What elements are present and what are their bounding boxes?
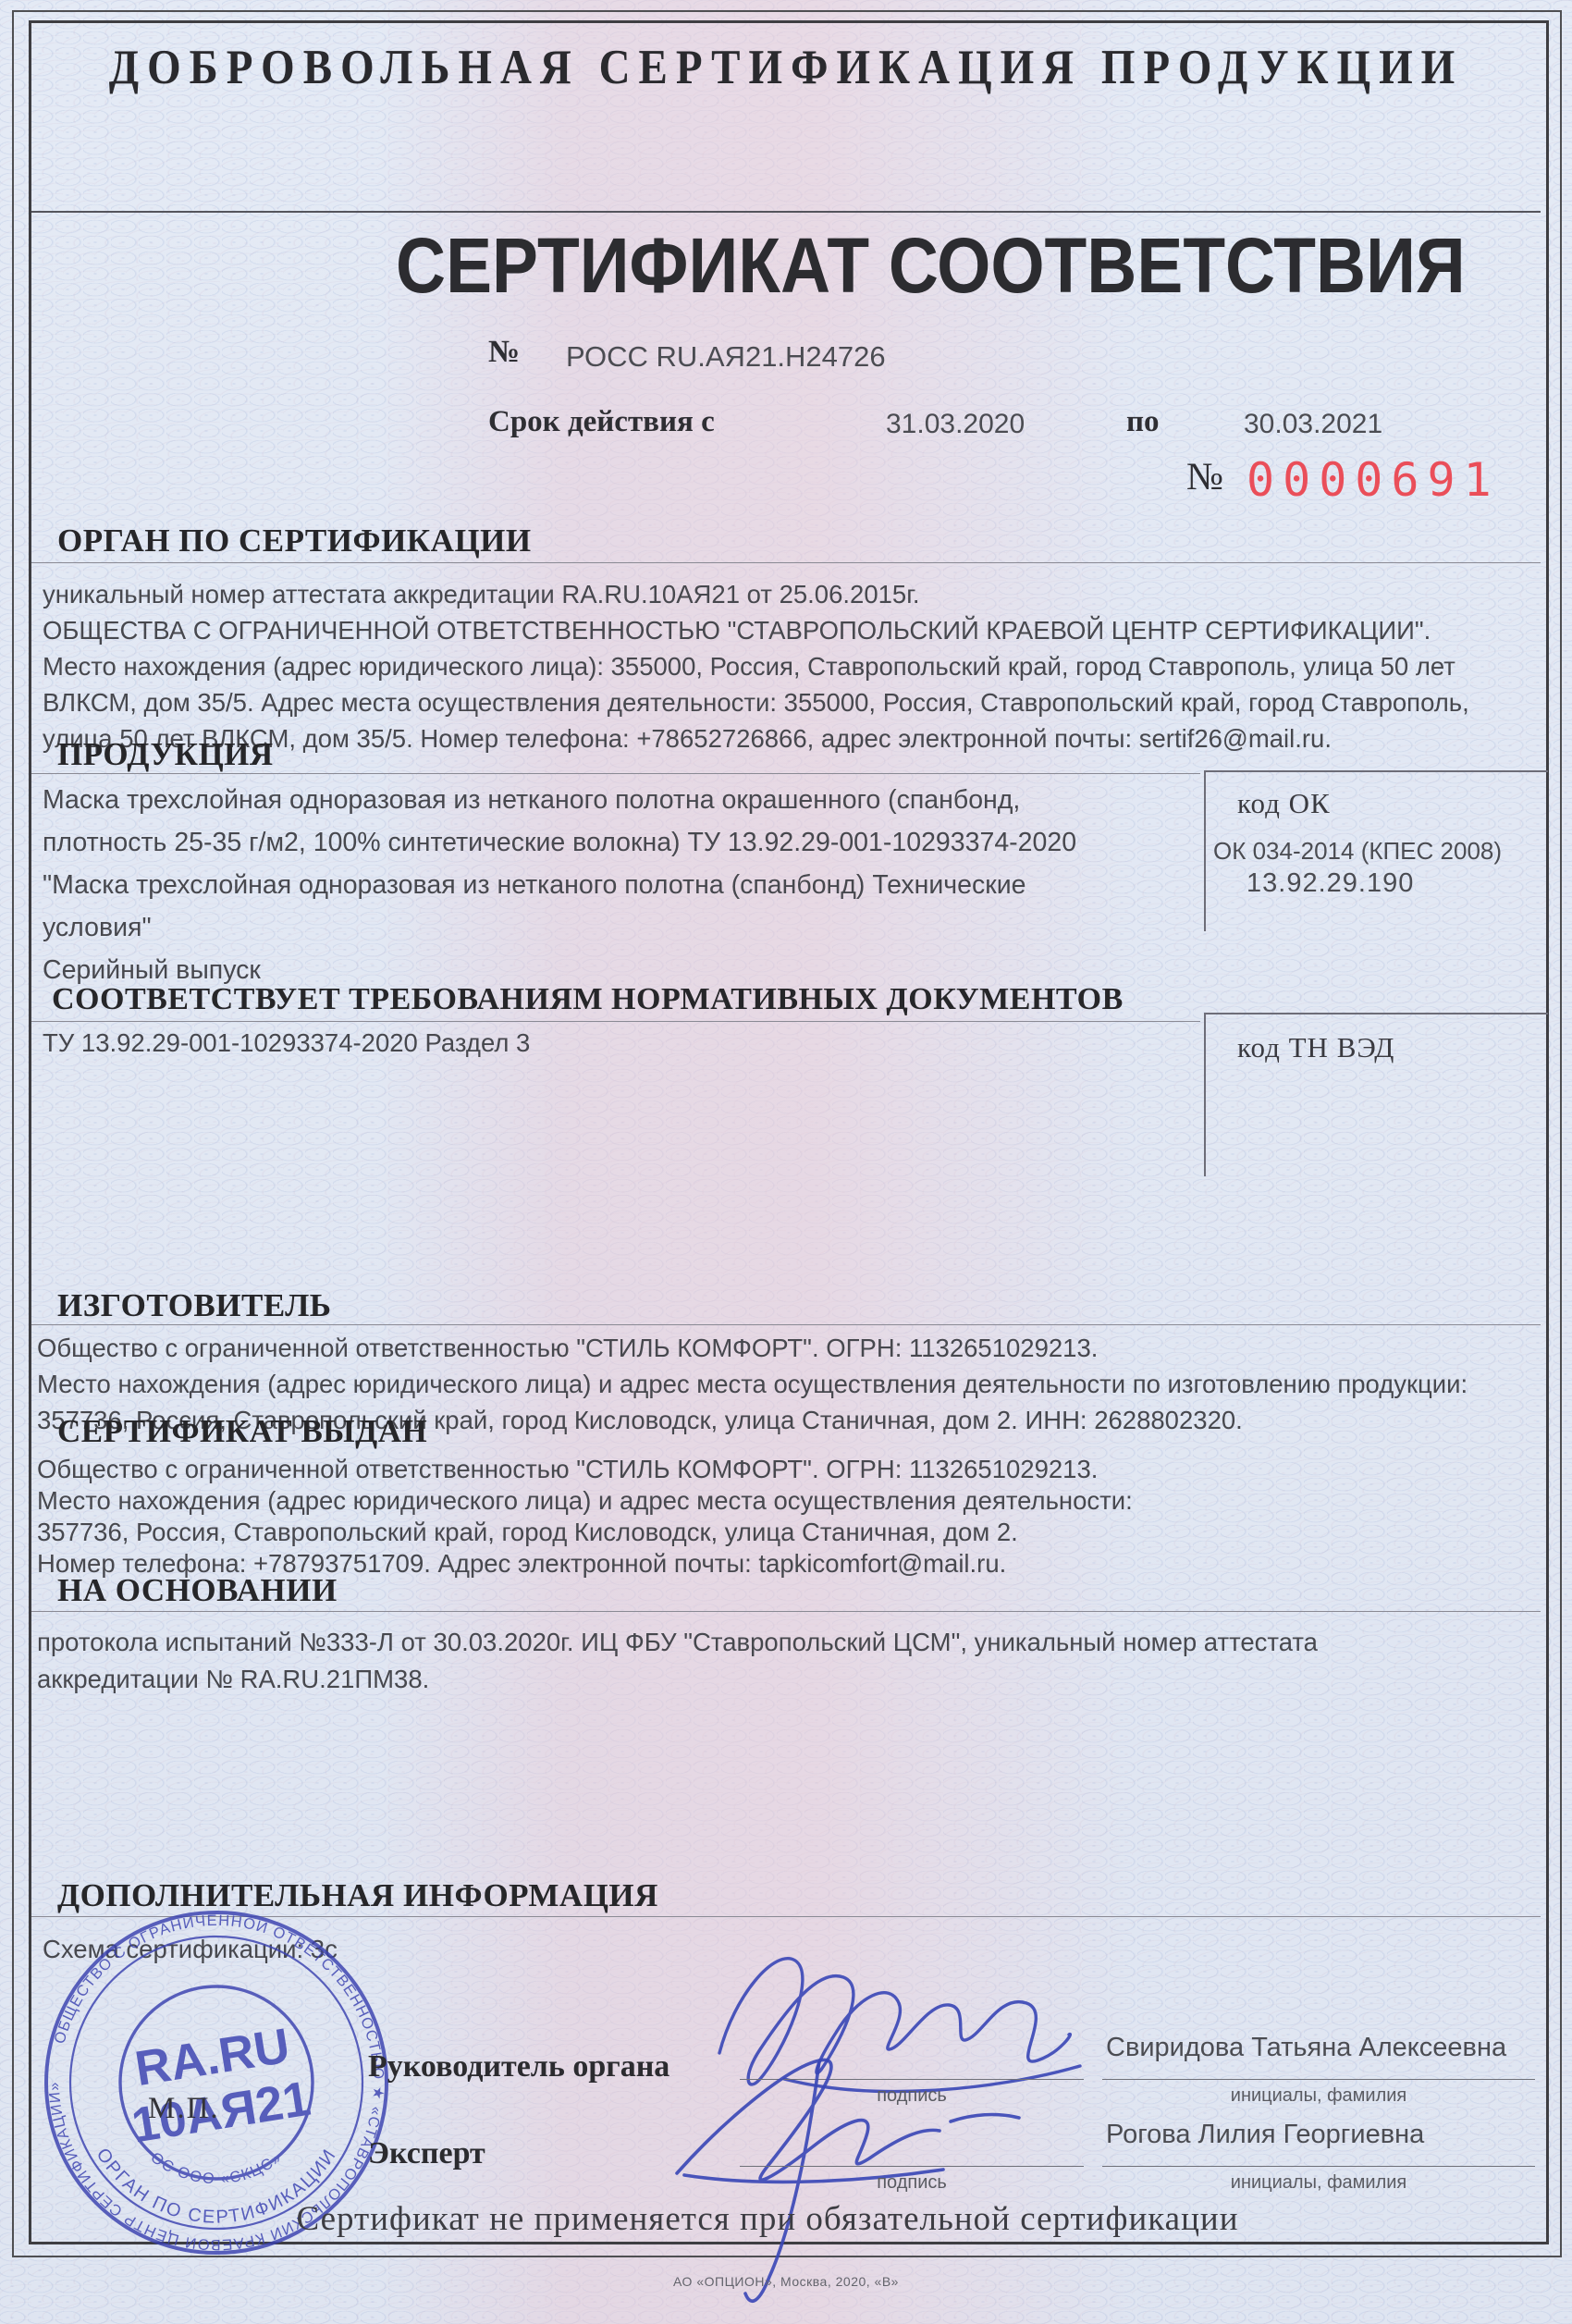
conforms-heading: СООТВЕТСТВУЕТ ТРЕБОВАНИЯМ НОРМАТИВНЫХ ДО…	[52, 982, 1124, 1017]
stamp-inner-ring-text2: ОС ООО «СКЦС»	[148, 2149, 286, 2187]
head-name-caption: инициалы, фамилия	[1102, 2085, 1535, 2107]
tnved-code-label: код ТН ВЭД	[1237, 1031, 1394, 1064]
ok-code-value: 13.92.29.190	[1247, 868, 1414, 899]
banner-title: ДОБРОВОЛЬНАЯ СЕРТИФИКАЦИЯ ПРОДУКЦИИ	[0, 40, 1572, 95]
validity-from: 31.03.2020	[886, 409, 1025, 440]
validity-to-label: по	[1126, 405, 1160, 439]
validity-to: 30.03.2021	[1244, 409, 1382, 440]
basis-heading: НА ОСНОВАНИИ	[57, 1572, 338, 1609]
product-text: Маска трехслойная одноразовая из неткано…	[43, 779, 1189, 991]
issued-text: Общество с ограниченной ответственностью…	[37, 1454, 1544, 1580]
expert-signature-caption: подпись	[740, 2172, 1084, 2194]
serial-number: 0000691	[1247, 453, 1500, 507]
printer-imprint: АО «ОПЦИОН», Москва, 2020, «В»	[0, 2274, 1572, 2289]
serial-sign: №	[1186, 455, 1223, 499]
header-divider	[31, 211, 1541, 213]
head-name-line	[1102, 2079, 1535, 2080]
basis-text: протокола испытаний №333-Л от 30.03.2020…	[37, 1624, 1544, 1698]
validity-label: Срок действия с	[488, 405, 715, 439]
head-signature-line	[740, 2079, 1084, 2080]
expert-name-caption: инициалы, фамилия	[1102, 2172, 1535, 2194]
manufacturer-heading: ИЗГОТОВИТЕЛЬ	[57, 1287, 331, 1324]
product-heading: ПРОДУКЦИЯ	[57, 736, 274, 773]
conforms-underline	[31, 1021, 1200, 1022]
organ-underline	[31, 562, 1541, 563]
manufacturer-underline	[31, 1324, 1541, 1325]
ok-code-box: код ОК ОК 034-2014 (КПЕС 2008) 13.92.29.…	[1204, 770, 1548, 931]
organ-heading: ОРГАН ПО СЕРТИФИКАЦИИ	[57, 523, 532, 559]
conforms-text: ТУ 13.92.29-001-10293374-2020 Раздел 3	[43, 1025, 1189, 1061]
head-name: Свиридова Татьяна Алексеевна	[1106, 2033, 1506, 2063]
head-signature-caption: подпись	[740, 2085, 1084, 2107]
document-title: СЕРТИФИКАТ СООТВЕТСТВИЯ	[396, 220, 1466, 311]
issued-heading: СЕРТИФИКАТ ВЫДАН	[57, 1413, 427, 1450]
expert-name: Рогова Лилия Георгиевна	[1106, 2120, 1424, 2150]
reg-number-sign: №	[488, 335, 520, 370]
reg-number-value: РОСС RU.АЯ21.Н24726	[566, 340, 886, 374]
head-role-label: Руководитель органа	[368, 2049, 669, 2084]
seal-place-label: М.П.	[148, 2092, 220, 2126]
product-underline	[31, 773, 1200, 774]
tnved-code-box: код ТН ВЭД	[1204, 1013, 1548, 1176]
ok-code-standard: ОК 034-2014 (КПЕС 2008)	[1213, 837, 1502, 866]
organ-text: уникальный номер аттестата аккредитации …	[43, 576, 1550, 756]
ok-code-label: код ОК	[1237, 787, 1331, 820]
expert-signature-line	[740, 2166, 1084, 2167]
expert-name-line	[1102, 2166, 1535, 2167]
basis-underline	[31, 1611, 1541, 1612]
expert-role-label: Эксперт	[368, 2136, 485, 2171]
certificate-page: ДОБРОВОЛЬНАЯ СЕРТИФИКАЦИЯ ПРОДУКЦИИ СЕРТ…	[0, 0, 1572, 2324]
footnote: Сертификат не применяется при обязательн…	[0, 2199, 1535, 2239]
